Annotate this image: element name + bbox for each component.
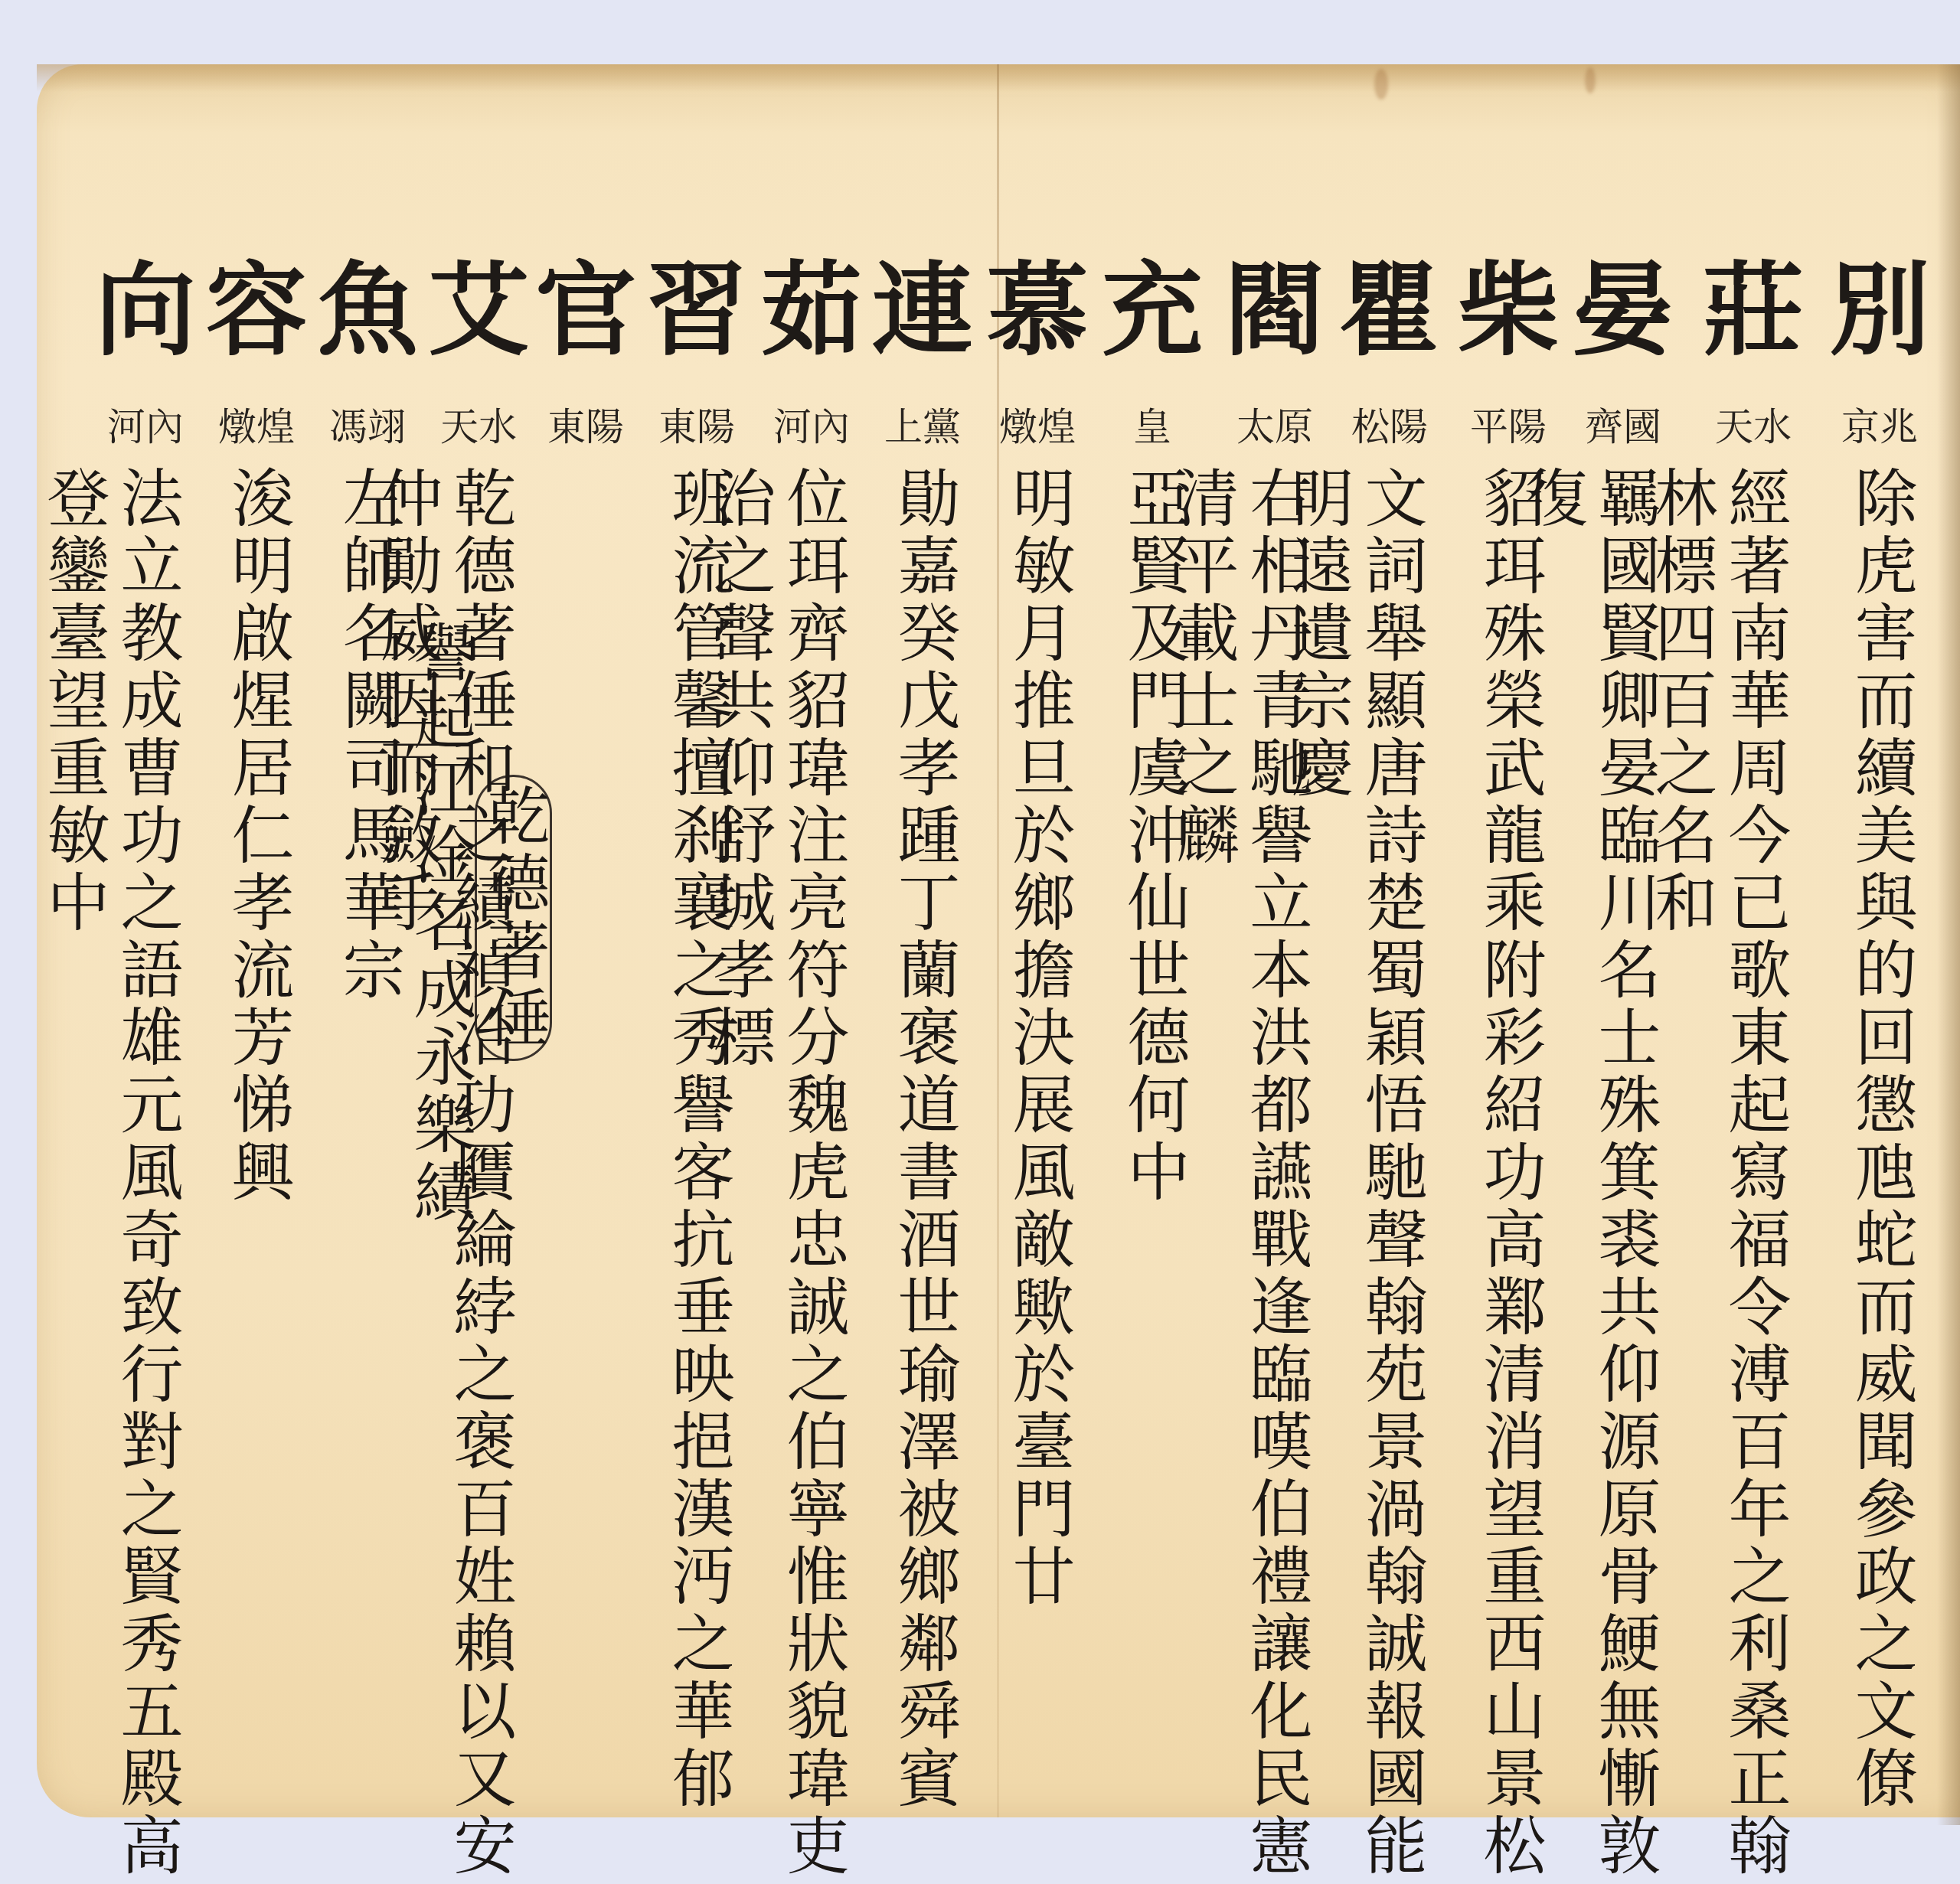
column-text: 文詞舉顯唐詩楚蜀穎悟馳聲翰苑景渦翰誠報國能明遠遺宗慶 [1354,465,1427,1884]
surname: 柴 [1443,260,1573,361]
column-10: 茹 河內 位珥齊貂瑋注亮符分魏虎忠誠之伯寧惟狀貌瑋吏治之聲共仰舒城孝標 [746,0,877,1884]
place-of-origin: 上黨 [857,397,988,452]
column-text: 羈國賢卿晏臨川名士殊箕裘共仰源原骨鯁無慚敦復 [1587,465,1661,1884]
column-text: 經著南華周今已歌東起寫福令溥百年之利桑正翰林標四百之名和 [1717,465,1791,1884]
surname: 別 [1815,260,1945,361]
column-7: 充 皇 亞賢及門虞沖仙世德何中 [1087,0,1217,1884]
column-text: 位珥齊貂瑋注亮符分魏虎忠誠之伯寧惟狀貌瑋吏治之聲共仰舒城孝標 [776,465,849,1884]
surname: 閻 [1210,260,1340,361]
column-text: 乾德著倕 譽起江淦名成永樂績 [550,465,623,1226]
surname: 慕 [972,260,1102,361]
place-of-origin: 馮翊 [302,397,433,452]
surname: 向 [80,260,211,361]
column-1: 別 京兆 除虎害而續美與的回懲虺蛇而威聞參政之文僚 [1815,0,1945,1884]
column-text: 貂珥殊榮武龍乘附彩紹功高鄴清消望重西山景松 [1472,465,1546,1880]
column-text: 勛嘉癸戊孝踵丁蘭褒道書酒世瑜澤被鄉鄰舜賓 [887,465,960,1813]
place-of-origin: 京兆 [1815,397,1945,452]
place-of-origin: 燉煌 [191,397,322,452]
surname: 艾 [413,260,544,361]
column-text: 浚明啟煋居仁孝流芳悌興 [220,465,294,1206]
column-6: 閻 太原 右相丹青馳譽立本洪都讌戰逢臨嘆伯禮讓化民憲清平載士之麟 [1210,0,1340,1884]
surname: 茹 [746,260,877,361]
place-of-origin: 天水 [413,397,544,452]
place-of-origin: 皇 [1087,397,1217,452]
column-text: 除虎害而續美與的回懲虺蛇而威聞參政之文僚 [1844,465,1917,1813]
column-text: 右相丹青馳譽立本洪都讌戰逢臨嘆伯禮讓化民憲清平載士之麟 [1239,465,1312,1884]
surname: 魚 [302,260,433,361]
column-9: 連 上黨 勛嘉癸戊孝踵丁蘭褒道書酒世瑜澤被鄉鄰舜賓 [857,0,988,1884]
column-14: 魚 馮翊 左師名闕司馬華宗 [302,0,433,1884]
column-8: 慕 燉煌 明敏月推旦於鄉擔決展風敵歟於臺門廿 [972,0,1102,1884]
place-of-origin: 河內 [80,397,211,452]
place-of-origin: 松陽 [1325,397,1455,452]
place-of-origin: 太原 [1210,397,1340,452]
column-5: 瞿 松陽 文詞舉顯唐詩楚蜀穎悟馳聲翰苑景渦翰誠報國能明遠遺宗慶 [1325,0,1455,1884]
place-of-origin: 東陽 [632,397,762,452]
surname: 晏 [1558,260,1688,361]
column-2: 莊 天水 經著南華周今已歌東起寫福令溥百年之利桑正翰林標四百之名和 [1688,0,1818,1884]
column-11: 習 東陽 班流管馨擅刹襄之秀譽客抗垂映挹漢沔之華郁 [632,0,762,1884]
column-text: 左師名闕司馬華宗 [332,465,405,1004]
column-text: 法立教成曹功之語雄元風奇致行對之賢秀五殿高登鑾臺望重敏中 [109,465,183,1884]
surname: 瞿 [1325,260,1455,361]
column-text: 明敏月推旦於鄉擔決展風敵歟於臺門廿 [1001,465,1075,1611]
place-of-origin: 燉煌 [972,397,1102,452]
column-text: 亞賢及門虞沖仙世德何中 [1116,465,1190,1206]
column-text: 班流管馨擅刹襄之秀譽客抗垂映挹漢沔之華郁 [661,465,734,1813]
place-of-origin: 河內 [746,397,877,452]
place-of-origin: 齊國 [1558,397,1688,452]
surname: 習 [632,260,762,361]
surname: 充 [1087,260,1217,361]
place-of-origin: 天水 [1688,397,1818,452]
place-of-origin: 平陽 [1443,397,1573,452]
column-16: 向 河內 法立教成曹功之語雄元風奇致行對之賢秀五殿高登鑾臺望重敏中 [80,0,211,1884]
column-3: 晏 齊國 羈國賢卿晏臨川名士殊箕裘共仰源原骨鯁無慚敦復 [1558,0,1688,1884]
surname: 容 [191,260,322,361]
column-15: 容 燉煌 浚明啟煋居仁孝流芳悌興 [191,0,322,1884]
column-13: 艾 天水 乾德著倕和之績禎治功贋綸綍之褒百姓賴以又安仲勛威因而斂手 [413,0,544,1884]
column-4: 柴 平陽 貂珥殊榮武龍乘附彩紹功高鄴清消望重西山景松 [1443,0,1573,1884]
surname: 莊 [1688,260,1818,361]
surname: 連 [857,260,988,361]
column-text: 乾德著倕和之績禎治功贋綸綍之褒百姓賴以又安仲勛威因而斂手 [443,465,516,1884]
